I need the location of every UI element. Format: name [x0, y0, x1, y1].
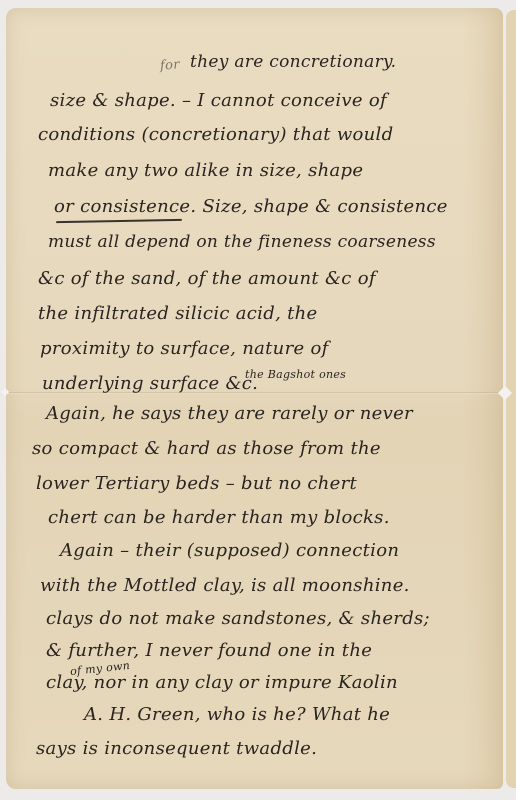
text-line-7: &c of the sand, of the amount &c of [38, 268, 376, 289]
text-line-6: must all depend on the fineness coarsene… [48, 232, 436, 252]
text-line-20: A. H. Green, who is he? What he [84, 704, 390, 725]
text-line-14: chert can be harder than my blocks. [48, 507, 390, 528]
text-line-3: conditions (concretionary) that would [38, 124, 393, 145]
text-line-9: proximity to surface, nature of [40, 338, 329, 359]
text-line-4: make any two alike in size, shape [48, 160, 363, 181]
text-line-10: underlying surface &c. [42, 373, 258, 394]
text-line-5: or consistence. Size, shape & consistenc… [54, 196, 448, 217]
text-line-12: so compact & hard as those from the [32, 438, 381, 459]
text-line-1: they are concretionary. [190, 52, 396, 72]
text-line-11: Again, he says they are rarely or never [46, 403, 413, 424]
margin-word: for [160, 57, 181, 73]
text-line-17: clays do not make sandstones, & sherds; [46, 608, 430, 629]
text-line-2: size & shape. – I cannot conceive of [50, 90, 387, 111]
text-line-21: says is inconsequent twaddle. [36, 738, 317, 759]
text-line-8: the infiltrated silicic acid, the [38, 303, 318, 324]
text-line-19: clay, nor in any clay or impure Kaolin [46, 672, 398, 693]
insertion-bagshot: the Bagshot ones [245, 368, 346, 381]
text-line-13: lower Tertiary beds – but no chert [36, 473, 357, 494]
text-line-18: & further, I never found one in the [46, 640, 372, 661]
text-line-16: with the Mottled clay, is all moonshine. [40, 575, 410, 596]
adjacent-page-edge [506, 10, 516, 788]
text-line-15: Again – their (supposed) connection [60, 540, 399, 561]
